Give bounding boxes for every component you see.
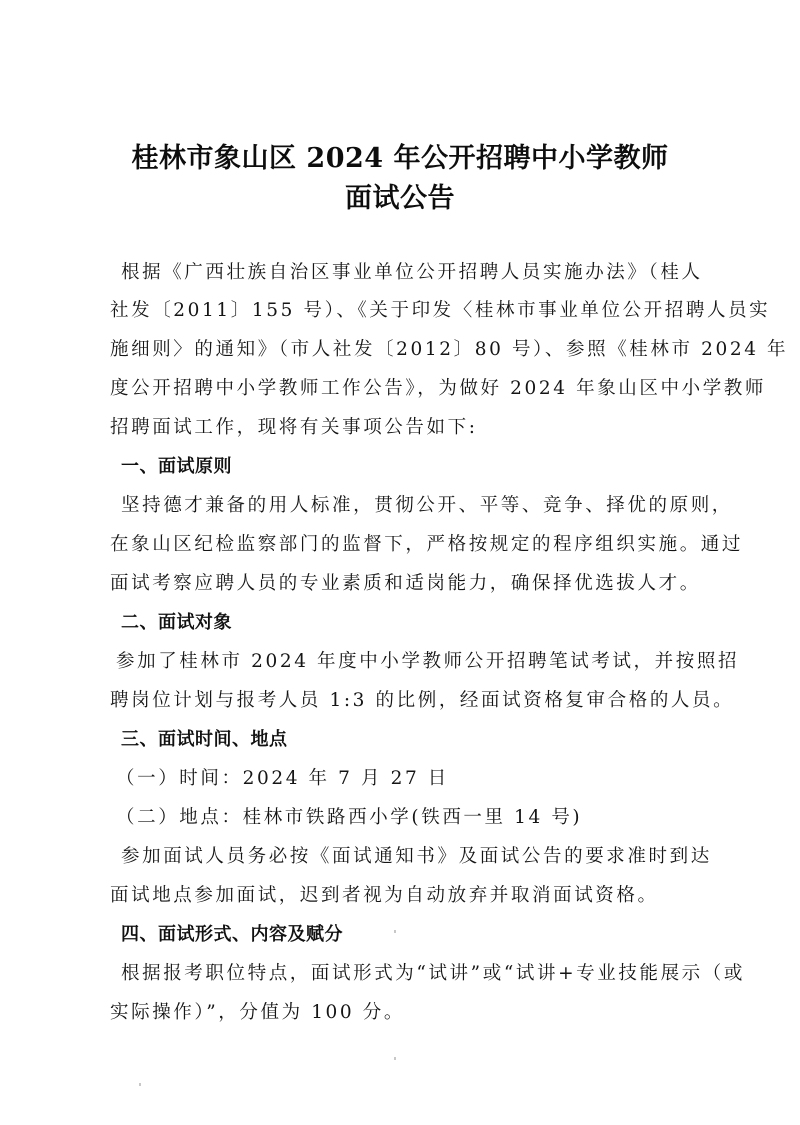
- interview-location: （二）地点：桂林市铁路西小学(铁西一里 14 号): [116, 803, 582, 829]
- section-heading-principles: 一、面试原则: [121, 452, 232, 478]
- candidates-line-1: 参加了桂林市 2024 年度中小学教师公开招聘笔试考试，并按照招: [116, 647, 739, 673]
- intro-line-5: 招聘面试工作，现将有关事项公告如下:: [110, 413, 478, 439]
- time-location-line-2: 面试地点参加面试，迟到者视为自动放弃并取消面试资格。: [110, 881, 659, 907]
- document-page: 桂林市象山区 2024 年公开招聘中小学教师 面试公告 根据《广西壮族自治区事业…: [0, 0, 800, 1125]
- principles-line-1: 坚持德才兼备的用人标准，贯彻公开、平等、竞争、择优的原则，: [121, 491, 733, 517]
- section-heading-format-scoring: 四、面试形式、内容及赋分: [121, 920, 343, 946]
- principles-line-2: 在象山区纪检监察部门的监督下，严格按规定的程序组织实施。通过: [110, 530, 743, 556]
- scan-artifact: [394, 930, 396, 933]
- time-location-line-1: 参加面试人员务必按《面试通知书》及面试公告的要求准时到达: [121, 842, 712, 868]
- intro-line-2: 社发〔2011〕155 号）、《关于印发〈桂林市事业单位公开招聘人员实: [110, 296, 770, 322]
- section-heading-candidates: 二、面试对象: [121, 608, 232, 634]
- section-heading-time-location: 三、面试时间、地点: [121, 725, 288, 751]
- format-scoring-line-1: 根据报考职位特点，面试形式为“试讲”或“试讲+专业技能展示（或: [121, 959, 745, 985]
- format-scoring-line-2: 实际操作）”，分值为 100 分。: [110, 998, 405, 1024]
- scan-artifact: [394, 1057, 396, 1060]
- scan-artifact: [139, 1083, 141, 1086]
- candidates-line-2: 聘岗位计划与报考人员 1:3 的比例，经面试资格复审合格的人员。: [110, 686, 734, 712]
- principles-line-3: 面试考察应聘人员的专业素质和适岗能力，确保择优选拔人才。: [110, 569, 701, 595]
- interview-time: （一）时间：2024 年 7 月 27 日: [116, 764, 449, 790]
- intro-line-4: 度公开招聘中小学教师工作公告》，为做好 2024 年象山区中小学教师: [110, 374, 766, 400]
- intro-line-3: 施细则〉的通知》（市人社发〔2012〕80 号）、参照《桂林市 2024 年: [110, 335, 788, 361]
- intro-line-1: 根据《广西壮族自治区事业单位公开招聘人员实施办法》（桂人: [121, 258, 703, 284]
- document-title-line1: 桂林市象山区 2024 年公开招聘中小学教师: [0, 136, 800, 175]
- document-title-line2: 面试公告: [0, 176, 800, 215]
